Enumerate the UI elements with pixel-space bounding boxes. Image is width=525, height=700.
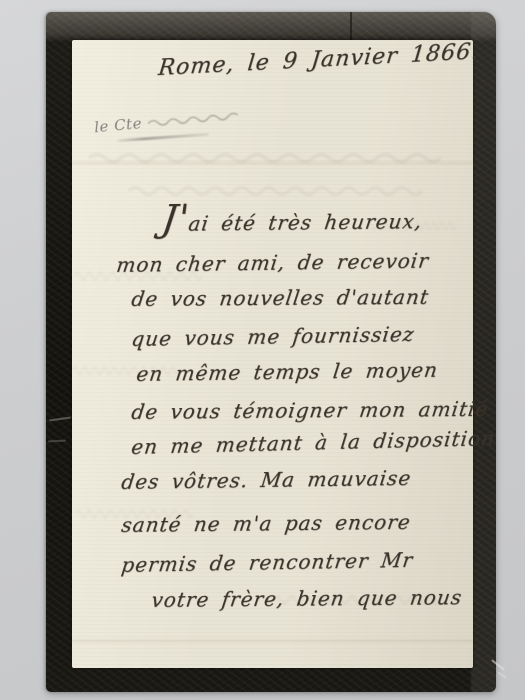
corner-scuff <box>497 671 506 678</box>
pencil-scribble <box>145 109 241 129</box>
letter-line: de vous témoigner mon amitié <box>130 397 490 424</box>
folder-crease-mark <box>49 416 71 421</box>
letter-line: permis de rencontrer Mr <box>120 548 415 577</box>
ink-showthrough <box>127 183 427 197</box>
letter-line: votre frère, bien que nous <box>150 585 464 612</box>
folder-fold-mark <box>350 12 352 42</box>
ink-showthrough <box>87 150 447 164</box>
letter-line: santé ne m'a pas encore <box>120 510 412 537</box>
letter-line: que vous me fournissiez <box>130 322 416 351</box>
letter-paper: Rome, le 9 Janvier 1866. le Cte J'ai été… <box>72 40 473 668</box>
pencil-note-text: le Cte <box>93 114 142 136</box>
letter-line: en même temps le moyen <box>135 358 440 386</box>
letter-line: en me mettant à la disposition <box>130 426 497 459</box>
photo-background: Rome, le 9 Janvier 1866. le Cte J'ai été… <box>0 0 525 700</box>
paper-crease <box>72 640 473 642</box>
pencil-annotation: le Cte <box>93 106 241 137</box>
letter-dateline: Rome, le 9 Janvier 1866. <box>157 39 481 81</box>
letter-line: J'ai été très heureux, <box>160 209 424 236</box>
folder-crease-mark <box>48 440 66 443</box>
pencil-underline <box>117 133 209 142</box>
black-folder: Rome, le 9 Janvier 1866. le Cte J'ai été… <box>46 12 496 692</box>
letter-line: de vos nouvelles d'autant <box>130 285 431 311</box>
letter-line: mon cher ami, de recevoir <box>115 249 430 277</box>
letter-line: des vôtres. Ma mauvaise <box>120 466 413 494</box>
